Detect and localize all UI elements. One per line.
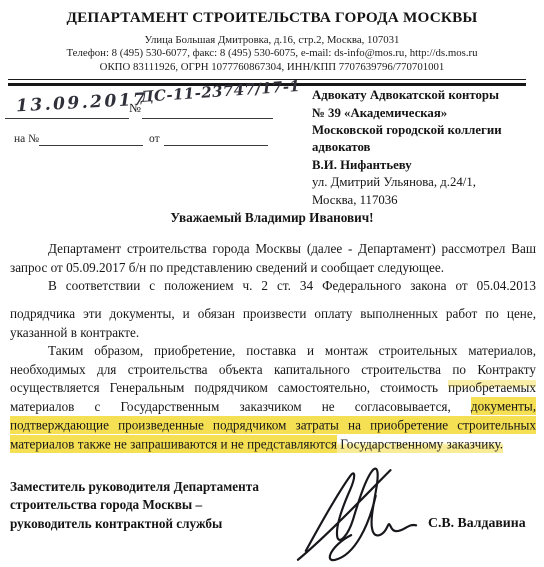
letterhead-contacts: Телефон: 8 (495) 530-6077, факс: 8 (495)…	[0, 47, 544, 60]
letterhead-codes: ОКПО 83111926, ОГРН 1077760867304, ИНН/К…	[0, 61, 544, 74]
letter-page: ДЕПАРТАМЕНТ СТРОИТЕЛЬСТВА ГОРОДА МОСКВЫ …	[0, 0, 544, 567]
paragraph-1: Департамент строительства города Москвы …	[10, 240, 536, 277]
reply-number-underline	[39, 145, 143, 146]
signature-image	[294, 464, 422, 562]
signatory-title: Заместитель руководителя Департамента ст…	[10, 478, 259, 533]
recipient-line: Московской городской коллегии	[312, 122, 540, 139]
page-title: ДЕПАРТАМЕНТ СТРОИТЕЛЬСТВА ГОРОДА МОСКВЫ	[0, 9, 544, 27]
reply-number-label: на №	[14, 133, 39, 145]
paragraph-3: подрядчика эти документы, и обязан произ…	[10, 305, 536, 342]
recipient-line: № 39 «Академическая»	[312, 105, 540, 122]
signatory-name: С.В. Валдавина	[428, 515, 526, 531]
redaction-gap	[10, 296, 536, 305]
paragraph-4: Таким образом, приобретение, поставка и …	[10, 342, 536, 454]
recipient-address-line: ул. Дмитрий Ульянова, д.24/1,	[312, 174, 540, 191]
letterhead-address: Улица Большая Дмитровка, д.16, стр.2, Мо…	[0, 34, 544, 47]
recipient-line: адвокатов	[312, 139, 540, 156]
letter-body: Департамент строительства города Москвы …	[10, 240, 536, 454]
signatory-title-line: руководитель контрактной службы	[10, 515, 259, 533]
signatory-title-line: Заместитель руководителя Департамента	[10, 478, 259, 496]
number-underline	[142, 118, 273, 119]
reference-block: 13.09.2017 № ДС-11-23747/17-1 на № от Ад…	[0, 86, 544, 204]
letterhead: ДЕПАРТАМЕНТ СТРОИТЕЛЬСТВА ГОРОДА МОСКВЫ …	[0, 0, 544, 86]
highlight-tail-text: Государственному заказчику.	[337, 435, 503, 453]
from-underline	[164, 145, 268, 146]
signature-block: Заместитель руководителя Департамента ст…	[0, 470, 544, 567]
recipient-block: Адвокату Адвокатской конторы № 39 «Акаде…	[312, 87, 540, 209]
from-label: от	[149, 133, 160, 145]
salutation: Уважаемый Владимир Иванович!	[0, 210, 544, 226]
letterhead-details: Улица Большая Дмитровка, д.16, стр.2, Мо…	[0, 34, 544, 74]
signatory-title-line: строительства города Москвы –	[10, 496, 259, 514]
highlighter-overshoot: приобретаемых	[448, 380, 536, 395]
paragraph-4-text: материалов с Государственным заказчиком …	[10, 399, 471, 414]
paragraph-2: В соответствии с положением ч. 2 ст. 34 …	[10, 277, 536, 296]
recipient-line: Адвокату Адвокатской конторы	[312, 87, 540, 104]
date-underline	[5, 118, 129, 119]
recipient-address-line: Москва, 117036	[312, 192, 540, 209]
number-sign-label: №	[129, 101, 141, 116]
recipient-name: В.И. Нифантьеву	[312, 157, 540, 174]
